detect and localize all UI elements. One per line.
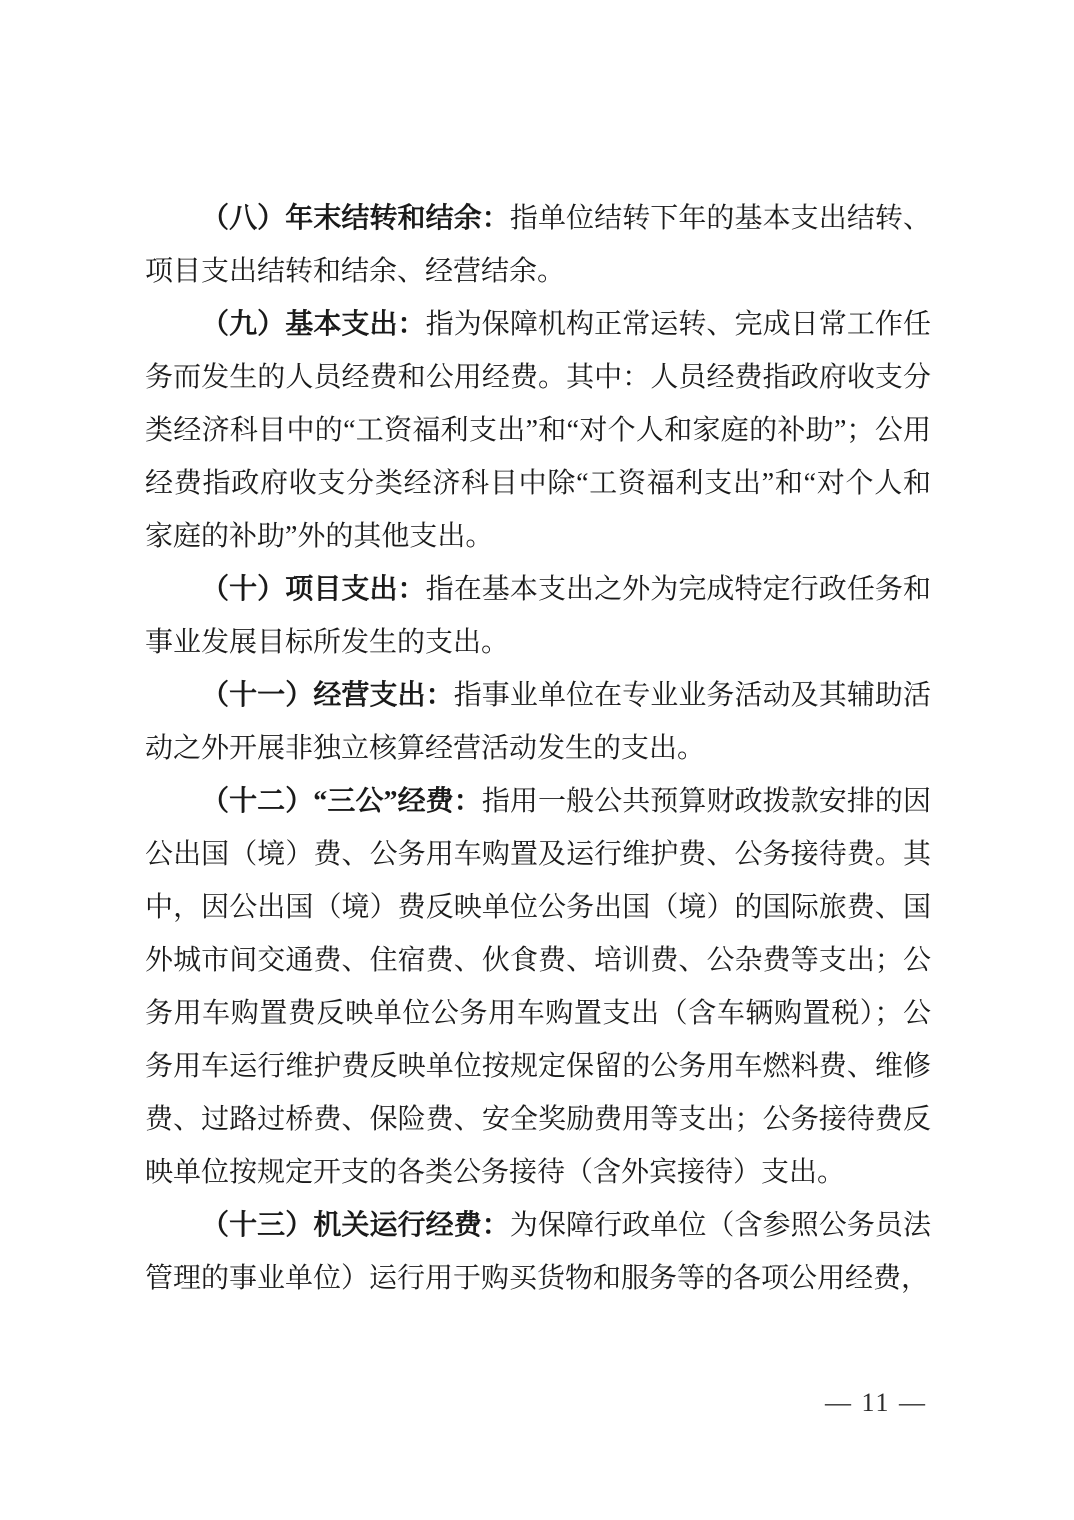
- paragraph-item-13: （十三）机关运行经费：为保障行政单位（含参照公务员法管理的事业单位）运行用于购买…: [145, 1199, 931, 1305]
- paragraph-label: （九）基本支出：: [201, 309, 426, 340]
- page-number: — 11 —: [816, 1387, 936, 1419]
- paragraph-item-11: （十一）经营支出：指事业单位在专业业务活动及其辅助活动之外开展非独立核算经营活动…: [145, 669, 931, 775]
- paragraph-item-8: （八）年末结转和结余：指单位结转下年的基本支出结转、项目支出结转和结余、经营结余…: [145, 192, 931, 298]
- paragraph-item-10: （十）项目支出：指在基本支出之外为完成特定行政任务和事业发展目标所发生的支出。: [145, 563, 931, 669]
- paragraph-label: （十三）机关运行经费：: [201, 1210, 510, 1241]
- paragraph-text: 指用一般公共预算财政拨款安排的因公出国（境）费、公务用车购置及运行维护费、公务接…: [145, 786, 931, 1188]
- document-page: （八）年末结转和结余：指单位结转下年的基本支出结转、项目支出结转和结余、经营结余…: [0, 0, 1074, 1520]
- paragraph-label: （十二）“三公”经费：: [201, 786, 482, 817]
- paragraph-label: （十）项目支出：: [201, 574, 426, 605]
- paragraph-item-9: （九）基本支出：指为保障机构正常运转、完成日常工作任务而发生的人员经费和公用经费…: [145, 298, 931, 563]
- paragraph-item-12: （十二）“三公”经费：指用一般公共预算财政拨款安排的因公出国（境）费、公务用车购…: [145, 775, 931, 1199]
- paragraph-text: 指为保障机构正常运转、完成日常工作任务而发生的人员经费和公用经费。其中：人员经费…: [145, 309, 931, 552]
- document-body: （八）年末结转和结余：指单位结转下年的基本支出结转、项目支出结转和结余、经营结余…: [145, 192, 931, 1305]
- paragraph-label: （十一）经营支出：: [201, 680, 454, 711]
- paragraph-label: （八）年末结转和结余：: [201, 203, 510, 234]
